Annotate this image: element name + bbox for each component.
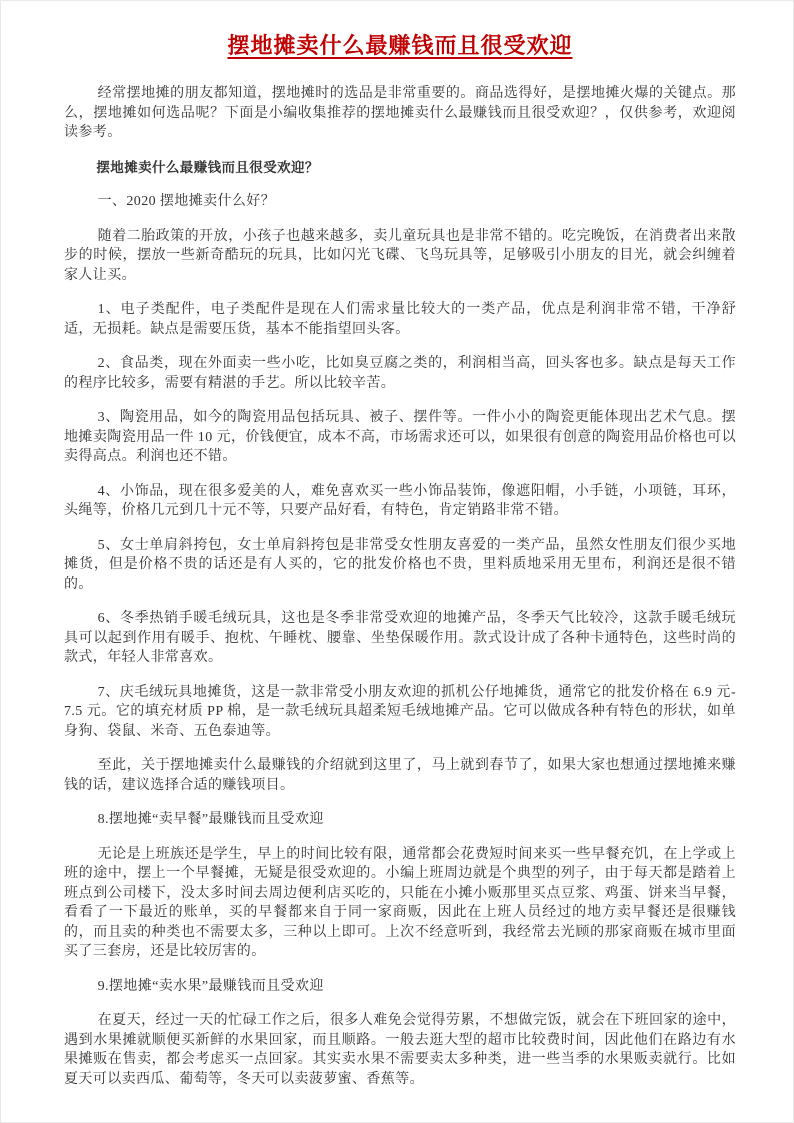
list-item-6-plush-warmers: 6、冬季热销手暖毛绒玩具，这也是冬季非常受欢迎的地摊产品，冬季天气比较冷，这款手…: [64, 609, 736, 668]
list-item-2-food: 2、食品类，现在外面卖一些小吃，比如臭豆腐之类的，利润相当高，回头客也多。缺点是…: [64, 354, 736, 393]
paragraph-intro: 经常摆地摊的朋友都知道，摆地摊时的选品是非常重要的。商品选得好，是摆地摊火爆的关…: [64, 84, 736, 143]
document-title: 摆地摊卖什么最赚钱而且很受欢迎: [64, 29, 736, 60]
list-item-3-ceramics: 3、陶瓷用品，如今的陶瓷用品包括玩具、被子、摆件等。一件小小的陶瓷更能体现出艺术…: [64, 408, 736, 467]
document-content: 摆地摊卖什么最赚钱而且很受欢迎 经常摆地摊的朋友都知道，摆地摊时的选品是非常重要…: [1, 1, 793, 1089]
list-item-7-plush-toys: 7、庆毛绒玩具地摊货，这是一款非常受小朋友欢迎的抓机公仔地摊货，通常它的批发价格…: [64, 683, 736, 742]
heading-section-9-fruit: 9.摆地摊“卖水果”最赚钱而且受欢迎: [64, 977, 736, 997]
paragraph-closing: 至此，关于摆地摊卖什么最赚钱的介绍就到这里了，马上就到春节了，如果大家也想通过摆…: [64, 756, 736, 795]
list-item-4-accessories: 4、小饰品，现在很多爱美的人，难免喜欢买一些小饰品装饰，像遮阳帽，小手链，小项链…: [64, 482, 736, 521]
document-page: 摆地摊卖什么最赚钱而且很受欢迎 经常摆地摊的朋友都知道，摆地摊时的选品是非常重要…: [0, 0, 794, 1123]
heading-section-8-breakfast: 8.摆地摊“卖早餐”最赚钱而且受欢迎: [64, 810, 736, 830]
list-item-5-handbags: 5、女士单肩斜挎包，女士单肩斜挎包是非常受女性朋友喜爱的一类产品，虽然女性朋友们…: [64, 536, 736, 595]
list-item-1-electronics: 1、电子类配件，电子类配件是现在人们需求量比较大的一类产品，优点是利润非常不错，…: [64, 300, 736, 339]
heading-section-1: 一、2020 摆地摊卖什么好？: [64, 192, 736, 212]
paragraph-breakfast: 无论是上班族还是学生，早上的时间比较有限，通常都会花费短时间来买一些早餐充饥，在…: [64, 845, 736, 962]
heading-main-question: 摆地摊卖什么最赚钱而且很受欢迎？: [64, 158, 736, 178]
paragraph-kids-toys: 随着二胎政策的开放，小孩子也越来越多，卖儿童玩具也是非常不错的。吃完晚饭，在消费…: [64, 227, 736, 286]
paragraph-fruit: 在夏天，经过一天的忙碌工作之后，很多人难免会觉得劳累，不想做完饭，就会在下班回家…: [64, 1011, 736, 1089]
